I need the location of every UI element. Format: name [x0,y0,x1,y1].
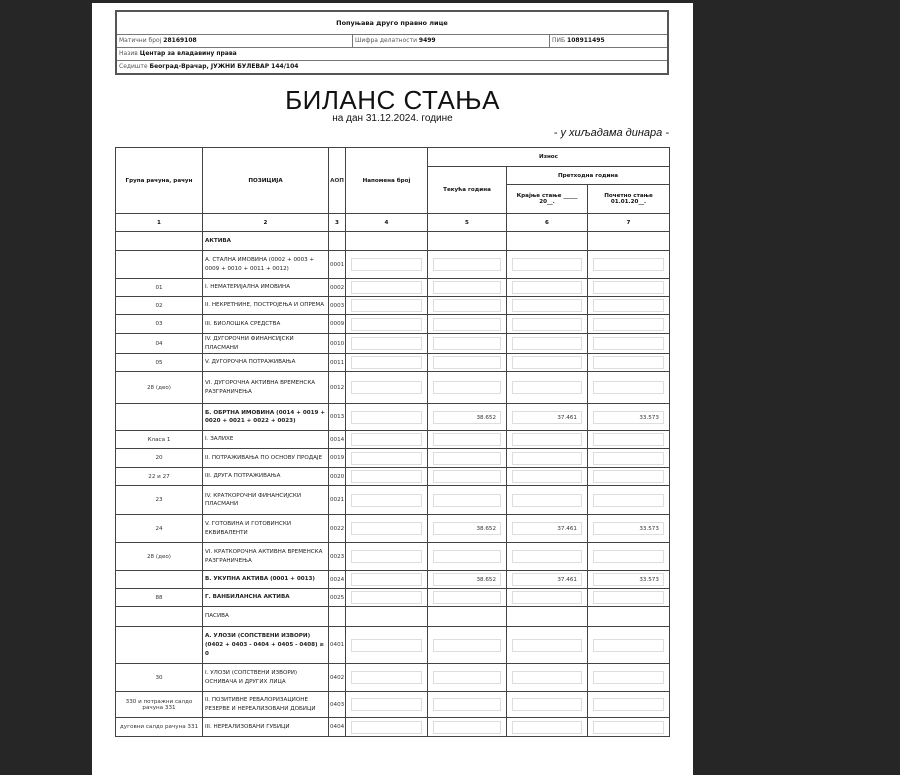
note-field[interactable] [351,698,422,711]
col-amount-header: Износ [428,148,670,167]
opening-balance-field[interactable] [593,381,664,394]
opening-balance-field[interactable] [593,337,664,350]
opening-balance-field[interactable] [593,639,664,652]
position-cell: V. ГОТОВИНА И ГОТОВИНСКИ ЕКВИВАЛЕНТИ [203,515,329,543]
table-row: 30I. УЛОЗИ (СОПСТВЕНИ ИЗВОРИ) ОСНИВАЧА И… [116,664,670,692]
table-row: 05V. ДУГОРОЧНА ПОТРАЖИВАЊА0011 [116,354,670,372]
closing-balance-field[interactable] [512,299,582,312]
pib-cell: ПИБ 108911495 [550,35,605,47]
note-cell [346,627,428,664]
opening-balance-cell [588,251,670,279]
name-row: Назив Центар за владавину права [117,47,667,60]
table-row: ПАСИВА [116,607,670,627]
aop-cell [329,607,346,627]
closing-balance-cell [507,315,588,334]
aop-cell: 0403 [329,692,346,718]
opening-balance-cell [588,468,670,486]
opening-balance-cell [588,607,670,627]
position-cell: А. СТАЛНА ИМОВИНА (0002 + 0003 + 0009 + … [203,251,329,279]
opening-balance-field[interactable] [593,258,664,271]
note-field[interactable] [351,671,422,684]
position-cell: II. ПОТРАЖИВАЊА ПО ОСНОВУ ПРОДАЈЕ [203,449,329,468]
closing-balance-field[interactable] [512,258,582,271]
current-year-field[interactable] [433,356,501,369]
aop-cell: 0025 [329,589,346,607]
note-cell [346,279,428,297]
current-year-cell [428,372,507,404]
current-year-field[interactable] [433,433,501,446]
group-cell: 02 [116,297,203,315]
closing-balance-field[interactable]: 37.461 [512,573,582,586]
note-field[interactable] [351,470,422,483]
current-year-field[interactable] [433,281,501,294]
opening-balance-field[interactable] [593,698,664,711]
table-row: 88Г. ВАНБИЛАНСНА АКТИВА0025 [116,589,670,607]
table-row: 03III. БИОЛОШКА СРЕДСТВА0009 [116,315,670,334]
document-page: Попуњава друго правно лице Матични број … [92,3,693,775]
closing-balance-cell [507,664,588,692]
closing-balance-cell [507,279,588,297]
closing-balance-field[interactable] [512,494,582,507]
aop-cell: 0024 [329,571,346,589]
note-field[interactable] [351,452,422,465]
table-row: 28 (део)VI. КРАТКОРОЧНА АКТИВНА ВРЕМЕНСК… [116,543,670,571]
group-cell: 22 и 27 [116,468,203,486]
position-cell: II. НЕКРЕТНИНЕ, ПОСТРОЈЕЊА И ОПРЕМА [203,297,329,315]
note-field[interactable] [351,721,422,734]
note-field[interactable] [351,494,422,507]
opening-balance-cell [588,589,670,607]
opening-balance-field[interactable]: 33.573 [593,573,664,586]
aop-cell: 0014 [329,431,346,449]
current-year-field[interactable] [433,639,501,652]
opening-balance-cell [588,297,670,315]
table-row: 23IV. КРАТКОРОЧНИ ФИНАНСИЈСКИ ПЛАСМАНИ00… [116,486,670,515]
closing-balance-field[interactable]: 37.461 [512,411,582,424]
note-cell [346,589,428,607]
current-year-cell [428,334,507,354]
position-cell: V. ДУГОРОЧНА ПОТРАЖИВАЊА [203,354,329,372]
note-field[interactable] [351,591,422,604]
table-row: Класа 1I. ЗАЛИХЕ0014 [116,431,670,449]
closing-balance-field[interactable] [512,318,582,331]
opening-balance-field[interactable] [593,452,664,465]
entity-header: Попуњава друго правно лице Матични број … [115,10,669,75]
note-field[interactable] [351,522,422,535]
document-date: на дан 31.12.2024. године [92,113,693,124]
closing-balance-cell [507,543,588,571]
table-row: 22 и 27III. ДРУГА ПОТРАЖИВАЊА0020 [116,468,670,486]
closing-balance-field[interactable] [512,381,582,394]
group-cell [116,232,203,251]
closing-balance-field[interactable] [512,433,582,446]
col-aop-header: АОП [329,148,346,214]
aop-cell: 0402 [329,664,346,692]
table-row: АКТИВА [116,232,670,251]
current-year-field[interactable]: 38.652 [433,522,501,535]
opening-balance-field[interactable] [593,356,664,369]
aop-cell: 0003 [329,297,346,315]
position-cell: IV. ДУГОРОЧНИ ФИНАНСИЈСКИ ПЛАСМАНИ [203,334,329,354]
current-year-field[interactable] [433,591,501,604]
table-row: дуговни салдо рачуна 331III. НЕРЕАЛИЗОВА… [116,718,670,737]
opening-balance-cell: 33.573 [588,571,670,589]
opening-balance-field[interactable] [593,281,664,294]
opening-balance-field[interactable] [593,721,664,734]
position-cell: III. БИОЛОШКА СРЕДСТВА [203,315,329,334]
opening-balance-field[interactable] [593,433,664,446]
current-year-cell: 38.652 [428,404,507,431]
table-row: А. СТАЛНА ИМОВИНА (0002 + 0003 + 0009 + … [116,251,670,279]
column-numbers-row: 1 2 3 4 5 6 7 [116,214,670,232]
opening-balance-field[interactable] [593,550,664,563]
note-cell [346,718,428,737]
group-cell: 28 (део) [116,372,203,404]
closing-balance-field[interactable] [512,470,582,483]
position-cell: II. ПОЗИТИВНЕ РЕВАЛОРИЗАЦИОНЕ РЕЗЕРВЕ И … [203,692,329,718]
col-current-year-header: Текућа година [428,167,507,214]
current-year-field[interactable] [433,318,501,331]
aop-cell: 0010 [329,334,346,354]
position-cell: VI. ДУГОРОЧНА АКТИВНА ВРЕМЕНСКА РАЗГРАНИ… [203,372,329,404]
closing-balance-field[interactable] [512,721,582,734]
pib-number: 108911495 [567,37,605,44]
position-cell: I. ЗАЛИХЕ [203,431,329,449]
note-cell [346,664,428,692]
note-field[interactable] [351,550,422,563]
entity-name: Центар за владавину права [140,48,237,60]
note-cell [346,468,428,486]
table-row: 01I. НЕМАТЕРИЈАЛНА ИМОВИНА0002 [116,279,670,297]
closing-balance-cell [507,251,588,279]
note-cell [346,515,428,543]
position-cell: III. НЕРЕАЛИЗОВАНИ ГУБИЦИ [203,718,329,737]
closing-balance-cell: 37.461 [507,404,588,431]
current-year-cell [428,431,507,449]
note-cell [346,404,428,431]
closing-balance-cell [507,692,588,718]
opening-balance-cell [588,279,670,297]
current-year-field[interactable]: 38.652 [433,411,501,424]
aop-cell: 0404 [329,718,346,737]
col-position-header: ПОЗИЦИЈА [203,148,329,214]
current-year-cell: 38.652 [428,571,507,589]
closing-balance-field[interactable] [512,452,582,465]
opening-balance-field[interactable] [593,494,664,507]
closing-balance-cell [507,372,588,404]
opening-balance-field[interactable] [593,671,664,684]
aop-cell: 0401 [329,627,346,664]
note-field[interactable] [351,281,422,294]
aop-cell [329,232,346,251]
opening-balance-cell [588,664,670,692]
position-cell: АКТИВА [203,232,329,251]
aop-cell: 0009 [329,315,346,334]
position-cell: Б. ОБРТНА ИМОВИНА (0014 + 0019 + 0020 + … [203,404,329,431]
balance-sheet-table: Група рачуна, рачун ПОЗИЦИЈА АОП Напомен… [115,147,670,737]
closing-balance-field[interactable] [512,281,582,294]
closing-balance-field[interactable] [512,698,582,711]
group-cell [116,251,203,279]
current-year-field[interactable] [433,721,501,734]
note-field[interactable] [351,433,422,446]
aop-cell: 0013 [329,404,346,431]
current-year-field[interactable] [433,452,501,465]
filled-by-row: Попуњава друго правно лице [117,12,667,34]
current-year-cell [428,232,507,251]
opening-balance-cell [588,315,670,334]
position-cell: А. УЛОЗИ (СОПСТВЕНИ ИЗВОРИ) (0402 + 0403… [203,627,329,664]
group-cell: 01 [116,279,203,297]
note-cell [346,449,428,468]
opening-balance-cell: 33.573 [588,515,670,543]
closing-balance-cell [507,607,588,627]
opening-balance-cell [588,449,670,468]
current-year-cell: 38.652 [428,515,507,543]
opening-balance-cell [588,232,670,251]
table-row: 02II. НЕКРЕТНИНЕ, ПОСТРОЈЕЊА И ОПРЕМА000… [116,297,670,315]
group-cell: 28 (део) [116,543,203,571]
col-note-header: Напомена број [346,148,428,214]
opening-balance-cell [588,718,670,737]
aop-cell: 0022 [329,515,346,543]
closing-balance-cell: 37.461 [507,571,588,589]
current-year-field[interactable] [433,494,501,507]
note-cell [346,251,428,279]
note-field[interactable] [351,381,422,394]
current-year-cell [428,607,507,627]
col-previous-year-header: Претходна година [507,167,670,185]
opening-balance-cell [588,486,670,515]
closing-balance-cell [507,468,588,486]
note-field[interactable] [351,639,422,652]
group-cell [116,607,203,627]
col-group-header: Група рачуна, рачун [116,148,203,214]
closing-balance-cell [507,354,588,372]
current-year-field[interactable] [433,299,501,312]
opening-balance-cell [588,543,670,571]
note-cell [346,607,428,627]
current-year-field[interactable] [433,671,501,684]
group-cell: 05 [116,354,203,372]
group-cell: Класа 1 [116,431,203,449]
aop-cell: 0011 [329,354,346,372]
group-cell [116,627,203,664]
aop-cell: 0023 [329,543,346,571]
current-year-field[interactable] [433,470,501,483]
closing-balance-cell [507,431,588,449]
table-row: 330 и потражни салдо рачуна 331II. ПОЗИТ… [116,692,670,718]
current-year-cell [428,354,507,372]
registration-number: 28169108 [163,37,196,44]
current-year-cell [428,486,507,515]
position-cell: I. УЛОЗИ (СОПСТВЕНИ ИЗВОРИ) ОСНИВАЧА И Д… [203,664,329,692]
closing-balance-field[interactable] [512,550,582,563]
group-cell: 88 [116,589,203,607]
group-cell: 03 [116,315,203,334]
opening-balance-field[interactable] [593,470,664,483]
col-opening-balance-header: Почетно стање 01.01.20__. [588,185,670,214]
current-year-cell [428,664,507,692]
opening-balance-cell [588,372,670,404]
note-cell [346,372,428,404]
table-row: А. УЛОЗИ (СОПСТВЕНИ ИЗВОРИ) (0402 + 0403… [116,627,670,664]
aop-cell: 0012 [329,372,346,404]
note-cell [346,334,428,354]
closing-balance-field[interactable]: 37.461 [512,522,582,535]
position-cell: VI. КРАТКОРОЧНА АКТИВНА ВРЕМЕНСКА РАЗГРА… [203,543,329,571]
note-field[interactable] [351,573,422,586]
closing-balance-cell [507,334,588,354]
document-title: БИЛАНС СТАЊА [92,85,693,116]
currency-unit: - у хиљадама динара - [554,127,669,139]
group-cell: 30 [116,664,203,692]
closing-balance-field[interactable] [512,356,582,369]
current-year-field[interactable] [433,550,501,563]
note-cell [346,297,428,315]
note-cell [346,431,428,449]
note-cell [346,692,428,718]
position-cell: III. ДРУГА ПОТРАЖИВАЊА [203,468,329,486]
entity-seat: Београд-Врачар, ЈУЖНИ БУЛЕВАР 144/104 [150,61,299,73]
current-year-cell [428,468,507,486]
note-field[interactable] [351,318,422,331]
opening-balance-cell [588,692,670,718]
activity-cell: Шифра делатности 9499 [353,35,550,47]
group-cell: 04 [116,334,203,354]
opening-balance-cell [588,334,670,354]
closing-balance-cell [507,718,588,737]
current-year-cell [428,251,507,279]
note-cell [346,571,428,589]
position-cell: ПАСИВА [203,607,329,627]
table-row: 28 (део)VI. ДУГОРОЧНА АКТИВНА ВРЕМЕНСКА … [116,372,670,404]
group-cell: дуговни салдо рачуна 331 [116,718,203,737]
position-cell: I. НЕМАТЕРИЈАЛНА ИМОВИНА [203,279,329,297]
aop-cell: 0001 [329,251,346,279]
closing-balance-field[interactable] [512,591,582,604]
table-row: 20II. ПОТРАЖИВАЊА ПО ОСНОВУ ПРОДАЈЕ0019 [116,449,670,468]
table-row: В. УКУПНА АКТИВА (0001 + 0013)002438.652… [116,571,670,589]
current-year-cell [428,297,507,315]
current-year-field[interactable] [433,698,501,711]
table-row: 24V. ГОТОВИНА И ГОТОВИНСКИ ЕКВИВАЛЕНТИ00… [116,515,670,543]
closing-balance-cell [507,449,588,468]
opening-balance-field[interactable] [593,299,664,312]
registration-cell: Матични број 28169108 [117,35,353,47]
aop-cell: 0019 [329,449,346,468]
group-cell [116,404,203,431]
position-cell: В. УКУПНА АКТИВА (0001 + 0013) [203,571,329,589]
current-year-cell [428,315,507,334]
table-row: Б. ОБРТНА ИМОВИНА (0014 + 0019 + 0020 + … [116,404,670,431]
filled-by-text: Попуњава друго правно лице [336,12,448,34]
closing-balance-cell [507,232,588,251]
aop-cell: 0021 [329,486,346,515]
current-year-cell [428,589,507,607]
current-year-field[interactable]: 38.652 [433,573,501,586]
closing-balance-cell [507,589,588,607]
note-cell [346,232,428,251]
current-year-cell [428,627,507,664]
opening-balance-field[interactable] [593,591,664,604]
aop-cell: 0002 [329,279,346,297]
activity-code: 9499 [419,37,436,44]
opening-balance-cell: 33.573 [588,404,670,431]
opening-balance-cell [588,431,670,449]
note-cell [346,486,428,515]
opening-balance-field[interactable]: 33.573 [593,411,664,424]
closing-balance-cell [507,627,588,664]
note-field[interactable] [351,411,422,424]
note-field[interactable] [351,299,422,312]
closing-balance-cell [507,297,588,315]
opening-balance-cell [588,354,670,372]
current-year-cell [428,279,507,297]
note-field[interactable] [351,337,422,350]
opening-balance-field[interactable] [593,318,664,331]
current-year-cell [428,543,507,571]
aop-cell: 0020 [329,468,346,486]
current-year-field[interactable] [433,258,501,271]
col-closing-balance-header: Крајње стање _____ 20__. [507,185,588,214]
opening-balance-field[interactable]: 33.573 [593,522,664,535]
note-cell [346,543,428,571]
closing-balance-cell [507,486,588,515]
position-cell: IV. КРАТКОРОЧНИ ФИНАНСИЈСКИ ПЛАСМАНИ [203,486,329,515]
group-cell: 330 и потражни салдо рачуна 331 [116,692,203,718]
group-cell: 24 [116,515,203,543]
note-field[interactable] [351,258,422,271]
closing-balance-field[interactable] [512,671,582,684]
current-year-cell [428,692,507,718]
seat-row: Седиште Београд-Врачар, ЈУЖНИ БУЛЕВАР 14… [117,60,667,73]
note-cell [346,354,428,372]
id-row: Матични број 28169108 Шифра делатности 9… [117,34,667,47]
note-field[interactable] [351,356,422,369]
balance-sheet-rows: АКТИВАА. СТАЛНА ИМОВИНА (0002 + 0003 + 0… [116,232,670,737]
group-cell [116,571,203,589]
current-year-field[interactable] [433,381,501,394]
opening-balance-cell [588,627,670,664]
group-cell: 23 [116,486,203,515]
position-cell: Г. ВАНБИЛАНСНА АКТИВА [203,589,329,607]
current-year-field[interactable] [433,337,501,350]
closing-balance-cell: 37.461 [507,515,588,543]
closing-balance-field[interactable] [512,639,582,652]
closing-balance-field[interactable] [512,337,582,350]
group-cell: 20 [116,449,203,468]
current-year-cell [428,718,507,737]
table-row: 04IV. ДУГОРОЧНИ ФИНАНСИЈСКИ ПЛАСМАНИ0010 [116,334,670,354]
current-year-cell [428,449,507,468]
note-cell [346,315,428,334]
